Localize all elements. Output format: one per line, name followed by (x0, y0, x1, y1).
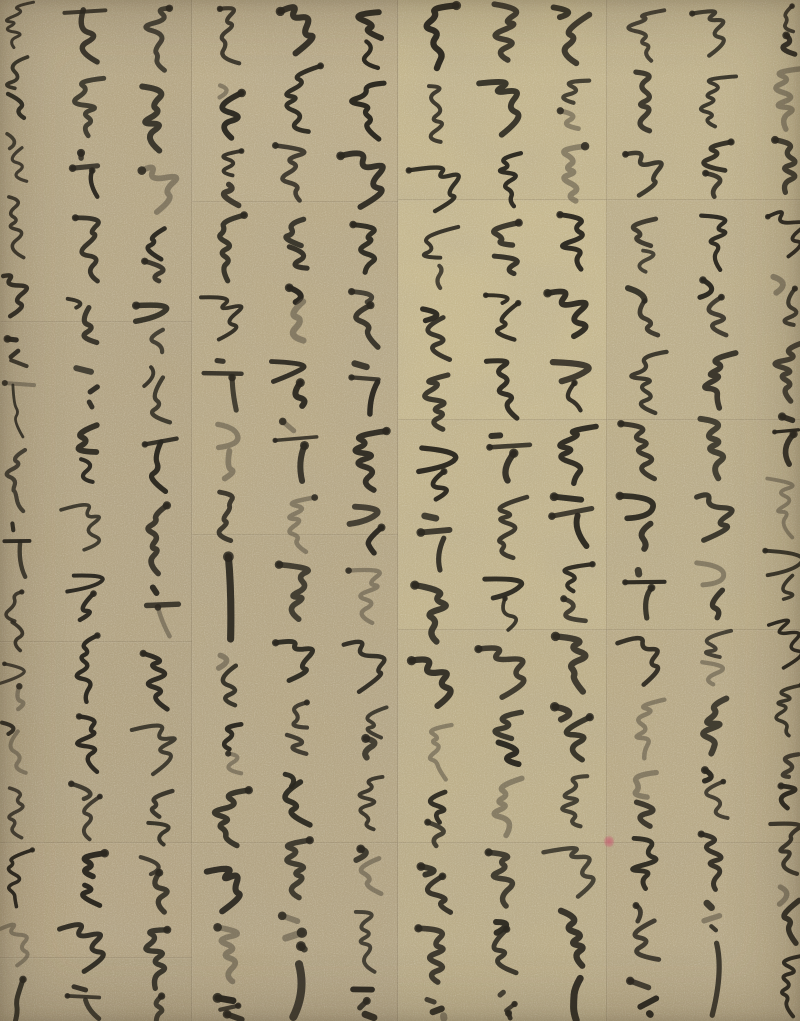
brush-presspoint (503, 925, 510, 932)
brush-stroke (12, 524, 13, 531)
calligraphy-scroll (0, 0, 800, 1021)
brush-presspoint (213, 993, 223, 1003)
brush-stroke (500, 992, 503, 995)
brush-presspoint (166, 5, 173, 12)
brush-presspoint (68, 780, 75, 787)
brush-presspoint (142, 441, 149, 448)
brush-presspoint (158, 992, 165, 999)
brush-presspoint (648, 584, 656, 592)
brush-presspoint (439, 872, 447, 880)
brush-stroke (217, 361, 223, 362)
seal-mark (604, 835, 614, 848)
brush-presspoint (141, 258, 148, 265)
brush-stroke (425, 516, 436, 518)
brush-presspoint (311, 494, 318, 501)
brush-presspoint (278, 911, 287, 920)
brush-presspoint (213, 923, 222, 932)
brush-presspoint (406, 167, 412, 173)
brush-presspoint (89, 167, 96, 174)
brush-presspoint (240, 211, 248, 219)
brush-presspoint (560, 595, 567, 602)
brush-presspoint (701, 766, 709, 774)
brush-presspoint (237, 89, 246, 98)
brush-presspoint (296, 378, 305, 387)
brush-presspoint (474, 645, 482, 653)
brush-presspoint (550, 492, 559, 501)
brush-presspoint (417, 862, 426, 871)
brush-presspoint (272, 639, 279, 646)
brush-presspoint (90, 590, 97, 597)
brush-presspoint (633, 902, 640, 909)
brush-presspoint (137, 166, 146, 175)
brush-presspoint (317, 62, 324, 69)
brush-stroke (490, 445, 530, 448)
brush-presspoint (163, 501, 171, 509)
brush-presspoint (94, 632, 101, 639)
brush-stroke (427, 1000, 434, 1003)
brush-presspoint (19, 976, 27, 984)
brush-presspoint (348, 288, 355, 295)
brush-presspoint (777, 782, 784, 789)
brush-presspoint (223, 551, 234, 562)
brush-stroke (638, 571, 639, 575)
brush-presspoint (416, 528, 425, 537)
brush-stroke (67, 996, 99, 998)
brush-presspoint (366, 301, 374, 309)
brush-presspoint (69, 164, 77, 172)
brush-presspoint (698, 830, 705, 837)
brush-presspoint (414, 924, 422, 932)
brush-presspoint (699, 276, 707, 284)
brush-presspoint (361, 734, 370, 743)
brush-presspoint (275, 560, 284, 569)
brush-presspoint (789, 430, 797, 438)
brush-presspoint (304, 699, 310, 705)
brush-presspoint (77, 149, 85, 157)
brush-presspoint (702, 170, 709, 177)
brush-presspoint (616, 492, 625, 501)
brush-stroke (711, 926, 716, 930)
brush-presspoint (378, 524, 386, 532)
brush-presspoint (556, 211, 563, 218)
brush-presspoint (626, 977, 634, 985)
brush-stroke (707, 903, 711, 907)
brush-presspoint (363, 997, 371, 1005)
brush-presspoint (718, 294, 725, 301)
brush-presspoint (617, 420, 625, 428)
brush-presspoint (16, 683, 23, 690)
brush-presspoint (792, 286, 798, 292)
brush-presspoint (100, 849, 109, 858)
brush-stroke (76, 368, 91, 372)
brush-presspoint (140, 650, 147, 657)
brush-presspoint (586, 713, 594, 721)
brush-presspoint (336, 152, 345, 161)
brush-presspoint (345, 567, 352, 574)
brush-presspoint (771, 136, 779, 144)
brush-presspoint (239, 148, 245, 154)
brush-presspoint (2, 661, 7, 666)
brush-stroke (625, 582, 664, 583)
brush-presspoint (30, 847, 35, 852)
brush-presspoint (306, 836, 314, 844)
brush-presspoint (97, 794, 103, 800)
brush-stroke (355, 364, 367, 367)
brush-presspoint (622, 579, 628, 585)
brush-presspoint (132, 301, 140, 309)
brush-stroke (433, 1009, 442, 1012)
brush-presspoint (483, 292, 489, 298)
brush-presspoint (348, 374, 354, 380)
brush-presspoint (19, 589, 24, 594)
brush-presspoint (155, 869, 163, 877)
brush-stroke (89, 402, 92, 407)
brush-presspoint (589, 561, 595, 567)
brush-presspoint (502, 596, 508, 602)
brush-presspoint (276, 7, 285, 16)
brush-presspoint (65, 993, 71, 999)
brush-stroke (147, 604, 179, 605)
brush-presspoint (297, 927, 307, 937)
brush-presspoint (551, 632, 560, 641)
brush-presspoint (407, 656, 416, 665)
brush-presspoint (356, 844, 365, 853)
brush-stroke (74, 987, 86, 990)
brush-presspoint (505, 1010, 512, 1017)
brush-presspoint (515, 219, 523, 227)
brush-presspoint (622, 151, 629, 158)
brush-presspoint (424, 819, 431, 826)
brush-presspoint (484, 848, 492, 856)
brush-presspoint (543, 289, 552, 298)
brush-presspoint (515, 300, 521, 306)
brush-presspoint (548, 512, 556, 520)
brush-presspoint (486, 444, 493, 451)
brush-presspoint (789, 3, 795, 9)
brush-presspoint (272, 142, 279, 149)
brush-presspoint (765, 214, 771, 220)
brush-presspoint (571, 380, 577, 386)
brush-presspoint (155, 604, 162, 611)
brush-presspoint (581, 142, 590, 151)
brush-presspoint (772, 429, 777, 434)
brush-presspoint (349, 221, 357, 229)
brush-presspoint (279, 418, 287, 426)
calligraphy-svg (0, 0, 800, 1021)
brush-presspoint (72, 214, 79, 221)
brush-presspoint (728, 138, 735, 145)
brush-presspoint (228, 374, 236, 382)
brush-stroke (228, 557, 230, 639)
brush-stroke (5, 383, 34, 385)
brush-presspoint (550, 702, 560, 712)
brush-presspoint (76, 713, 83, 720)
brush-presspoint (509, 449, 518, 458)
brush-presspoint (452, 1, 461, 10)
brush-presspoint (511, 1001, 517, 1007)
paper-fleck-texture (0, 0, 800, 1021)
brush-presspoint (762, 548, 768, 554)
brush-presspoint (720, 779, 726, 785)
brush-presspoint (689, 10, 695, 16)
brush-presspoint (285, 283, 294, 292)
brush-stroke (352, 377, 379, 379)
brush-presspoint (217, 6, 223, 12)
brush-presspoint (2, 380, 8, 386)
brush-stroke (649, 1014, 650, 1015)
brush-presspoint (272, 438, 277, 443)
brush-presspoint (223, 1010, 232, 1019)
brush-presspoint (163, 926, 171, 934)
brush-presspoint (382, 427, 391, 436)
brush-stroke (491, 435, 500, 436)
brush-presspoint (4, 335, 12, 343)
brush-presspoint (778, 412, 786, 420)
brush-presspoint (782, 32, 790, 40)
brush-presspoint (245, 786, 253, 794)
brush-stroke (365, 1014, 374, 1017)
brush-presspoint (225, 751, 231, 757)
brush-presspoint (557, 107, 564, 114)
brush-stroke (153, 587, 157, 593)
brush-presspoint (410, 580, 419, 589)
brush-stroke (204, 373, 242, 374)
brush-presspoint (300, 441, 309, 450)
brush-presspoint (296, 941, 306, 951)
brush-presspoint (235, 1003, 241, 1009)
brush-presspoint (440, 468, 447, 475)
